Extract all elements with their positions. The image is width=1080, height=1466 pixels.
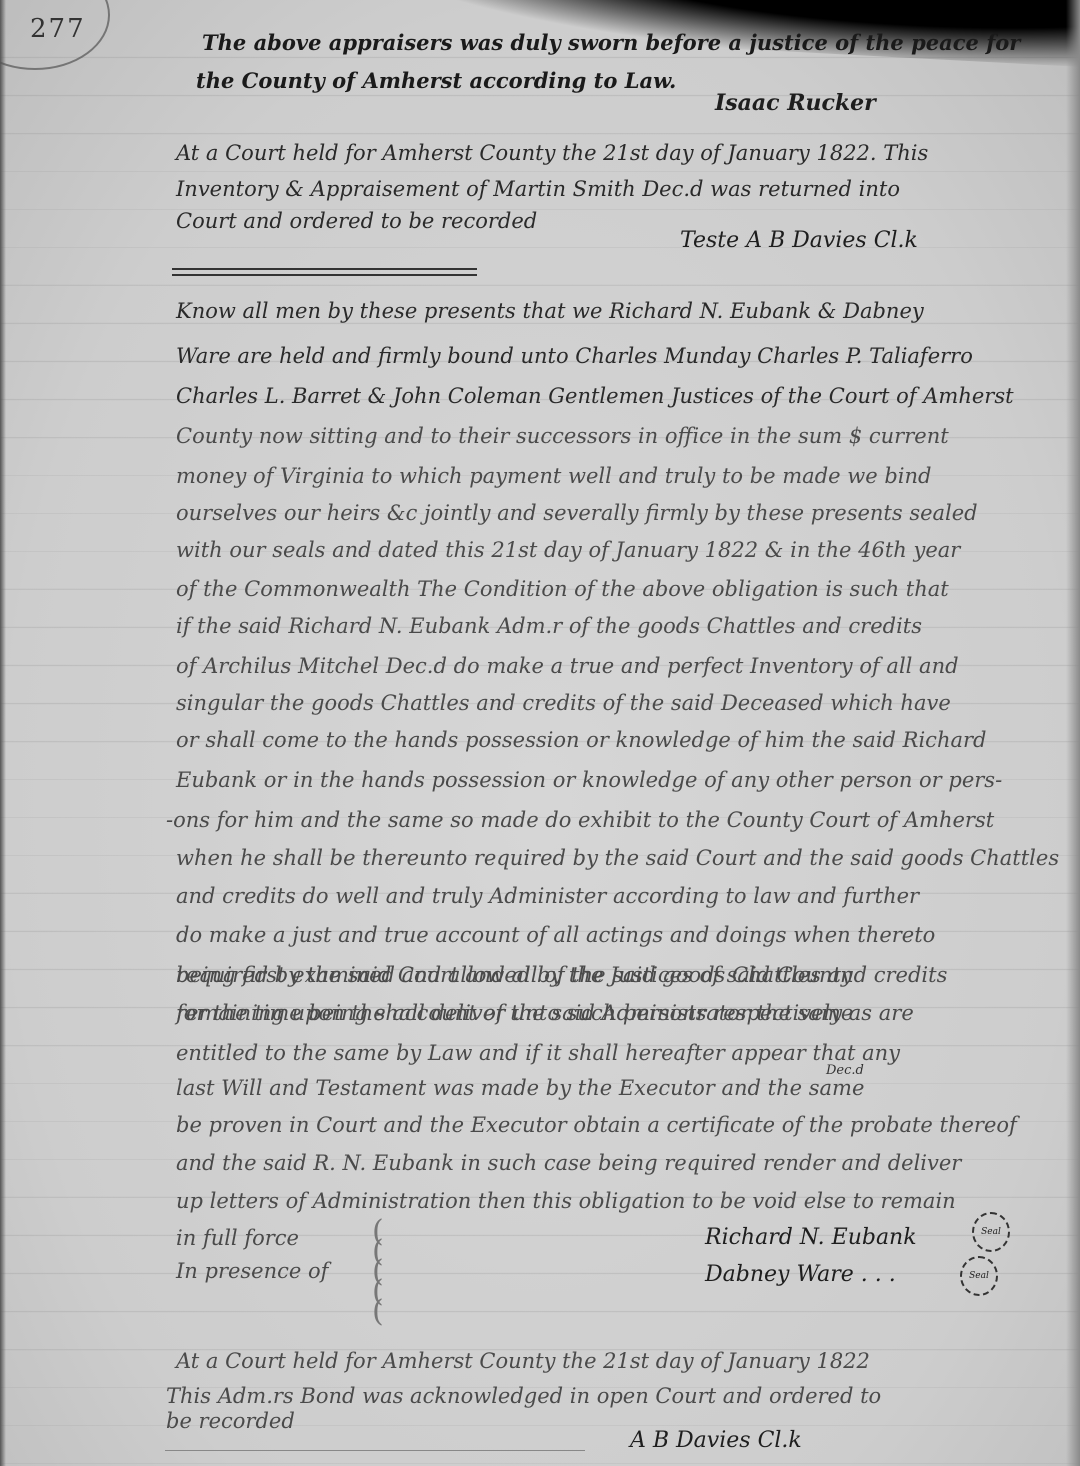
entry3-line-3: be recorded xyxy=(166,1408,295,1434)
seal-2-icon: Seal xyxy=(960,1256,998,1296)
bond-line-9: if the said Richard N. Eubank Adm.r of t… xyxy=(176,613,922,639)
bottom-rule xyxy=(165,1450,585,1451)
bond-line-24: be proven in Court and the Executor obta… xyxy=(176,1112,1017,1138)
bond-line-17: do make a just and true account of all a… xyxy=(176,922,935,948)
entry3-signature: A B Davies Cl.k xyxy=(630,1428,802,1454)
bond-line-20: being first examined and allowed by the … xyxy=(176,962,853,988)
page-number: 277 xyxy=(30,14,86,44)
bond-line-27: in full force xyxy=(176,1225,299,1251)
entry2-line-1: At a Court held for Amherst County the 2… xyxy=(176,140,928,166)
bond-line-14: -ons for him and the same so made do exh… xyxy=(166,807,994,833)
bond-line-22: entitled to the same by Law and if it sh… xyxy=(176,1040,900,1066)
bond-line-2: Ware are held and firmly bound unto Char… xyxy=(176,343,973,369)
entry2-signature: Teste A B Davies Cl.k xyxy=(680,228,918,254)
seal-1-icon: Seal xyxy=(972,1212,1010,1252)
bond-line-10: of Archilus Mitchel Dec.d do make a true… xyxy=(176,653,959,679)
bond-line-15: when he shall be thereunto required by t… xyxy=(176,845,1059,871)
page-right-edge xyxy=(1066,0,1080,1466)
bond-line-1: Know all men by these presents that we R… xyxy=(176,298,924,324)
entry2-line-3: Court and ordered to be recorded xyxy=(176,208,537,234)
bond-line-12: or shall come to the hands possession or… xyxy=(176,727,986,753)
bond-line-5: money of Virginia to which payment well … xyxy=(176,463,931,489)
seal-2-label: Seal xyxy=(969,1271,989,1281)
presence-label: In presence of xyxy=(176,1258,328,1284)
entry2-line-2: Inventory & Appraisement of Martin Smith… xyxy=(176,176,900,202)
entry1-signature: Isaac Rucker xyxy=(715,90,876,116)
bond-line-4: County now sitting and to their successo… xyxy=(176,423,949,449)
entry1-line-2: the County of Amherst according to Law. xyxy=(196,68,676,94)
signatory-2-name: Dabney Ware . . . xyxy=(705,1262,896,1288)
bond-line-6: ourselves our heirs &c jointly and sever… xyxy=(176,500,978,526)
bond-line-8: of the Commonwealth The Condition of the… xyxy=(176,576,949,602)
section-separator xyxy=(172,268,477,276)
bond-line-7: with our seals and dated this 21st day o… xyxy=(176,537,960,563)
entry3-line-2: This Adm.rs Bond was acknowledged in ope… xyxy=(166,1383,881,1409)
entry1-line-1: The above appraisers was duly sworn befo… xyxy=(202,30,1020,56)
bond-line-26: up letters of Administration then this o… xyxy=(176,1188,956,1214)
bond-line-3: Charles L. Barret & John Coleman Gentlem… xyxy=(176,383,1014,409)
signatory-1-name: Richard N. Eubank xyxy=(705,1225,917,1251)
witness-brace: ((((( xyxy=(372,1222,384,1322)
page-left-edge xyxy=(0,0,6,1466)
scanned-document-page: 277 The above appraisers was duly sworn … xyxy=(0,0,1080,1466)
bond-line-11: singular the goods Chattles and credits … xyxy=(176,690,951,716)
bond-line-21: for the time being shall deliver unto su… xyxy=(176,1000,914,1026)
bond-line-13: Eubank or in the hands possession or kno… xyxy=(176,767,1002,793)
bond-line-23: last Will and Testament was made by the … xyxy=(176,1075,864,1101)
bond-line-25: and the said R. N. Eubank in such case b… xyxy=(176,1150,961,1176)
seal-1-label: Seal xyxy=(981,1227,1001,1237)
entry3-line-1: At a Court held for Amherst County the 2… xyxy=(176,1348,870,1374)
bond-line-16: and credits do well and truly Administer… xyxy=(176,883,919,909)
